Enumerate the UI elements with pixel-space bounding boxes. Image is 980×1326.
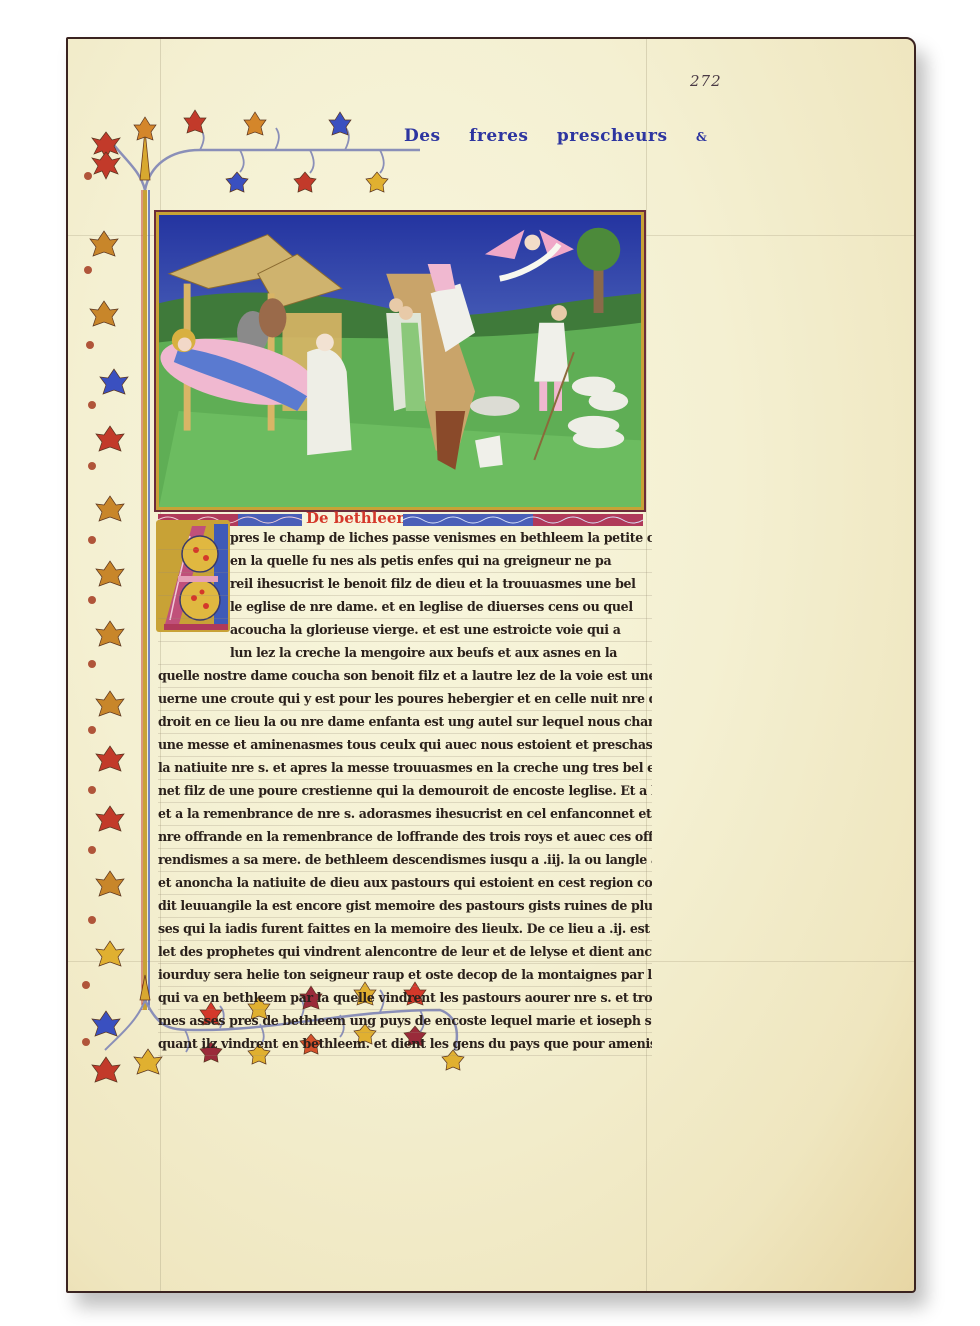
- text-line: une messe et aminenasmes tous ceulx qui …: [158, 734, 652, 757]
- running-head: Des freres prescheurs &: [404, 126, 729, 146]
- text-line: uerne une croute qui y est pour les pour…: [158, 688, 652, 711]
- running-head-word: prescheurs: [557, 126, 668, 146]
- text-line: reil ihesucrist le benoit filz de dieu e…: [158, 573, 652, 596]
- text-line: ses qui la iadis furent faittes en la me…: [158, 918, 652, 941]
- text-line: mes asses pres de bethleem ung puys de e…: [158, 1010, 652, 1033]
- text-line: pres le champ de liches passe venismes e…: [158, 527, 652, 550]
- text-line: rendismes a sa mere. de bethleem descend…: [158, 849, 652, 872]
- main-text-column: pres le champ de liches passe venismes e…: [158, 527, 652, 1056]
- miniature-painting: [159, 215, 641, 507]
- folio-number: 272: [690, 72, 722, 90]
- text-line: en la quelle fu nes als petis enfes qui …: [158, 550, 652, 573]
- text-line: le eglise de nre dame. et en leglise de …: [158, 596, 652, 619]
- text-line: droit en ce lieu la ou nre dame enfanta …: [158, 711, 652, 734]
- running-head-word: Des: [404, 126, 441, 146]
- text-line: qui va en bethleem par la quelle vindren…: [158, 987, 652, 1010]
- text-line: iourduy sera helie ton seigneur raup et …: [158, 964, 652, 987]
- text-line: quant ilz vindrent en bethleem. et dient…: [158, 1033, 652, 1056]
- text-line: nre offrande en la remenbrance de loffra…: [158, 826, 652, 849]
- chapter-rubric: De bethleem.: [306, 509, 418, 527]
- nativity-miniature: [156, 212, 644, 510]
- text-line: acoucha la glorieuse vierge. et est une …: [158, 619, 652, 642]
- text-line: et a la remenbrance de nre s. adorasmes …: [158, 803, 652, 826]
- text-line: la natiuite nre s. et apres la messe tro…: [158, 757, 652, 780]
- text-line: et anoncha la natiuite de dieu aux pasto…: [158, 872, 652, 895]
- rubric-line-filler-right: [403, 514, 643, 526]
- text-line: quelle nostre dame coucha son benoit fil…: [158, 665, 652, 688]
- text-line: lun lez la creche la mengoire aux beufs …: [158, 642, 652, 665]
- text-line: dit leuuangile la est encore gist memoir…: [158, 895, 652, 918]
- running-head-word: &: [696, 130, 707, 144]
- text-line: let des prophetes qui vindrent alencontr…: [158, 941, 652, 964]
- running-head-word: freres: [469, 126, 528, 146]
- text-line: net filz de une poure crestienne qui la …: [158, 780, 652, 803]
